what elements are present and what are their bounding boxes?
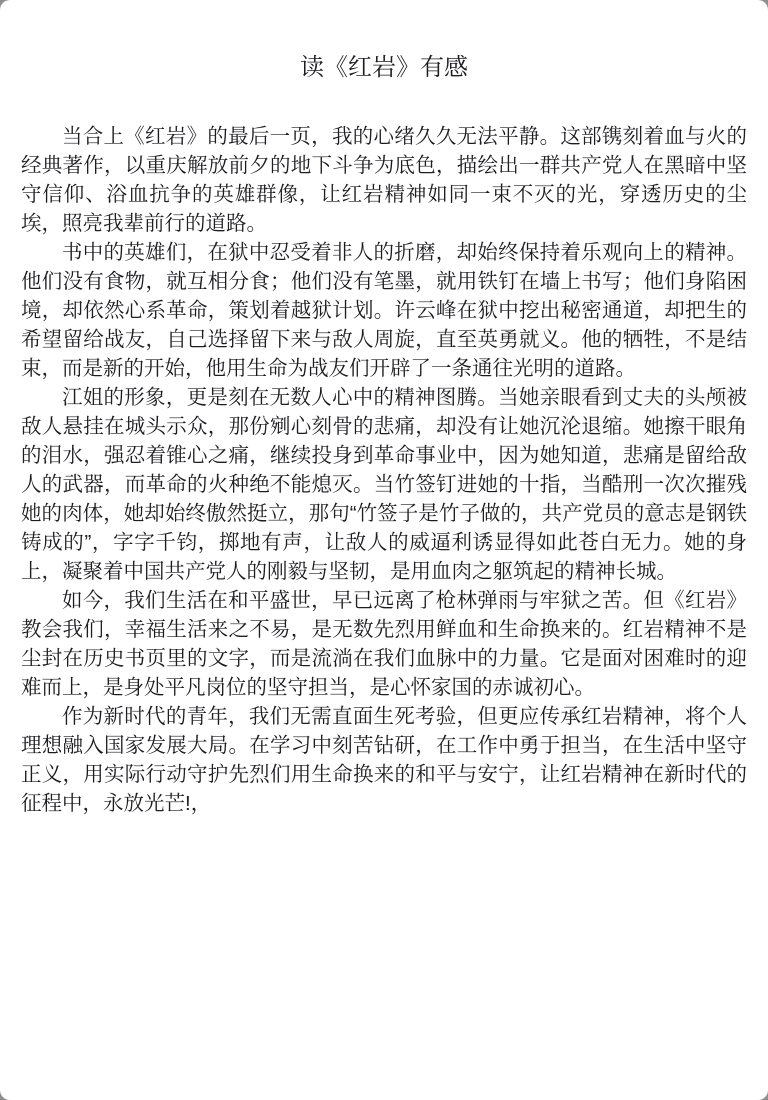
document-body: 当合上《红岩》的最后一页，我的心绪久久无法平静。这部镌刻着血与火的经典著作，以重… [21,122,747,818]
paragraph-3: 江姐的形象，更是刻在无数人心中的精神图腾。当她亲眼看到丈夫的头颅被敌人悬挂在城头… [21,383,747,586]
paragraph-1: 当合上《红岩》的最后一页，我的心绪久久无法平静。这部镌刻着血与火的经典著作，以重… [21,122,747,238]
paragraph-2: 书中的英雄们，在狱中忍受着非人的折磨，却始终保持着乐观向上的精神。他们没有食物，… [21,238,747,383]
document-page: 读《红岩》有感 当合上《红岩》的最后一页，我的心绪久久无法平静。这部镌刻着血与火… [0,0,768,1100]
document-title: 读《红岩》有感 [21,53,747,83]
paragraph-5: 作为新时代的青年，我们无需直面生死考验，但更应传承红岩精神，将个人理想融入国家发… [21,702,747,818]
paragraph-4: 如今，我们生活在和平盛世，早已远离了枪林弹雨与牢狱之苦。但《红岩》教会我们，幸福… [21,586,747,702]
